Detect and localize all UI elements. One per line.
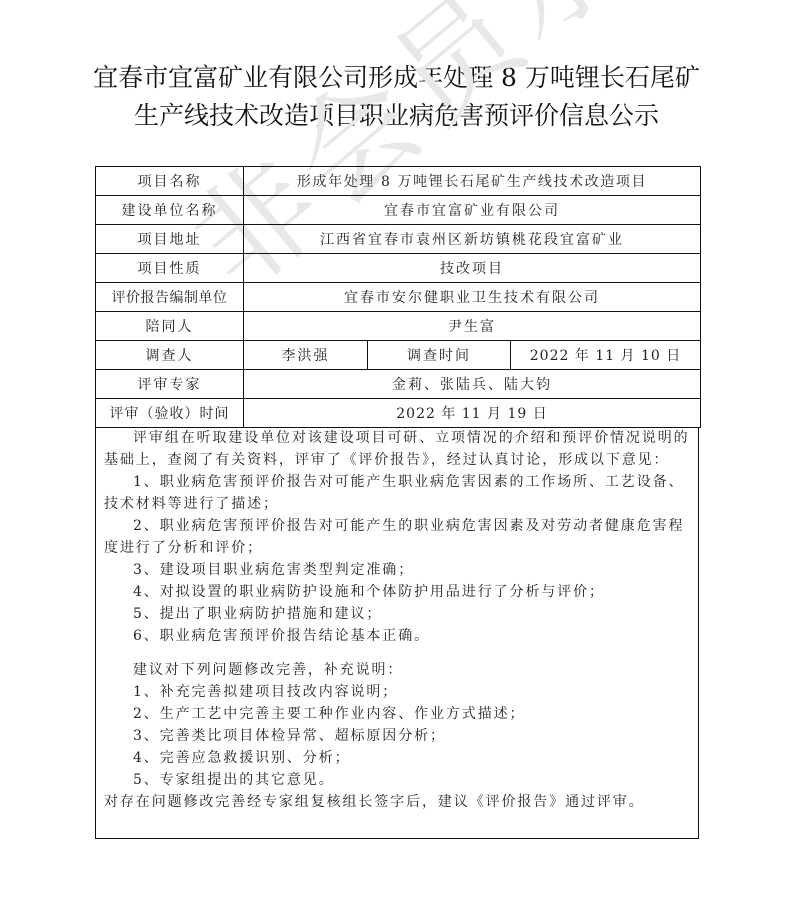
- review-opinion-cell: 评审组在听取建设单位对该建设项目可研、立项情况的介绍和预评价情况说明的 基础上，…: [95, 427, 699, 839]
- suggestion-5: 5、专家组提出的其它意见。: [133, 769, 335, 791]
- label-project-address: 项目地址: [96, 225, 244, 254]
- label-project-nature: 项目性质: [96, 254, 244, 283]
- value-project-address: 江西省宜春市袁州区新坊镇桃花段宜富矿业: [244, 225, 701, 254]
- row-construction-unit: 建设单位名称 宜春市宜富矿业有限公司: [96, 196, 701, 225]
- row-project-nature: 项目性质 技改项目: [96, 254, 701, 283]
- label-report-compiler: 评价报告编制单位: [96, 283, 244, 312]
- value-review-experts: 金莉、张陆兵、陆大钧: [244, 370, 701, 399]
- info-table: 项目名称 形成年处理 8 万吨锂长石尾矿生产线技术改造项目 建设单位名称 宜春市…: [95, 166, 701, 428]
- suggestion-4: 4、完善应急救援识别、分析；: [133, 747, 351, 769]
- finding-4: 4、对拟设置的职业病防护设施和个体防护用品进行了分析与评价；: [133, 581, 605, 603]
- finding-5: 5、提出了职业病防护措施和建议；: [133, 603, 382, 625]
- value-construction-unit: 宜春市宜富矿业有限公司: [244, 196, 701, 225]
- value-report-compiler: 宜春市安尔健职业卫生技术有限公司: [244, 283, 701, 312]
- label-construction-unit: 建设单位名称: [96, 196, 244, 225]
- finding-1-line2: 技术材料等进行了描述；: [104, 493, 279, 515]
- label-investigator: 调查人: [96, 341, 244, 370]
- value-review-time: 2022 年 11 月 19 日: [244, 399, 701, 428]
- suggestion-3: 3、完善类比项目体检异常、超标原因分析；: [133, 725, 446, 747]
- document-title-line2: 生产线技术改造项目职业病危害预评价信息公示: [0, 96, 793, 132]
- label-survey-time: 调查时间: [368, 341, 511, 370]
- row-project-name: 项目名称 形成年处理 8 万吨锂长石尾矿生产线技术改造项目: [96, 167, 701, 196]
- suggestion-1: 1、补充完善拟建项目技改内容说明；: [133, 681, 398, 703]
- value-project-nature: 技改项目: [244, 254, 701, 283]
- label-project-name: 项目名称: [96, 167, 244, 196]
- row-survey: 调查人 李洪强 调查时间 2022 年 11 月 10 日: [96, 341, 701, 370]
- value-accompanying-person: 尹生富: [244, 312, 701, 341]
- suggestion-2: 2、生产工艺中完善主要工种作业内容、作业方式描述；: [133, 703, 525, 725]
- value-investigator: 李洪强: [244, 341, 368, 370]
- finding-2-line2: 度进行了分析和评价；: [104, 537, 263, 559]
- row-review-time: 评审（验收）时间 2022 年 11 月 19 日: [96, 399, 701, 428]
- intro-line2: 基础上，查阅了有关资料，评审了《评价报告》，经过认真讨论，形成以下意见：: [104, 449, 669, 471]
- document-title-line1: 宜春市宜富矿业有限公司形成年处理 8 万吨锂长石尾矿: [0, 58, 793, 94]
- suggestions-intro: 建议对下列问题修改完善，补充说明：: [133, 659, 403, 681]
- label-review-time: 评审（验收）时间: [96, 399, 244, 428]
- finding-1-line1: 1、职业病危害预评价报告对可能产生职业病危害因素的工作场所、工艺设备、: [133, 471, 684, 493]
- value-project-name: 形成年处理 8 万吨锂长石尾矿生产线技术改造项目: [244, 167, 701, 196]
- row-review-experts: 评审专家 金莉、张陆兵、陆大钧: [96, 370, 701, 399]
- finding-2-line1: 2、职业病危害预评价报告对可能产生的职业病危害因素及对劳动者健康危害程: [133, 515, 684, 537]
- label-accompanying-person: 陪同人: [96, 312, 244, 341]
- finding-3: 3、建设项目职业病危害类型判定准确；: [133, 559, 414, 581]
- row-report-compiler: 评价报告编制单位 宜春市安尔健职业卫生技术有限公司: [96, 283, 701, 312]
- intro-line1: 评审组在听取建设单位对该建设项目可研、立项情况的介绍和预评价情况说明的: [133, 427, 690, 449]
- value-survey-time: 2022 年 11 月 10 日: [511, 341, 701, 370]
- label-review-experts: 评审专家: [96, 370, 244, 399]
- finding-6: 6、职业病危害预评价报告结论基本正确。: [133, 625, 430, 647]
- row-project-address: 项目地址 江西省宜春市袁州区新坊镇桃花段宜富矿业: [96, 225, 701, 254]
- conclusion: 对存在问题修改完善经专家组复核组长签字后，建议《评价报告》通过评审。: [104, 791, 645, 813]
- row-accompanying-person: 陪同人 尹生富: [96, 312, 701, 341]
